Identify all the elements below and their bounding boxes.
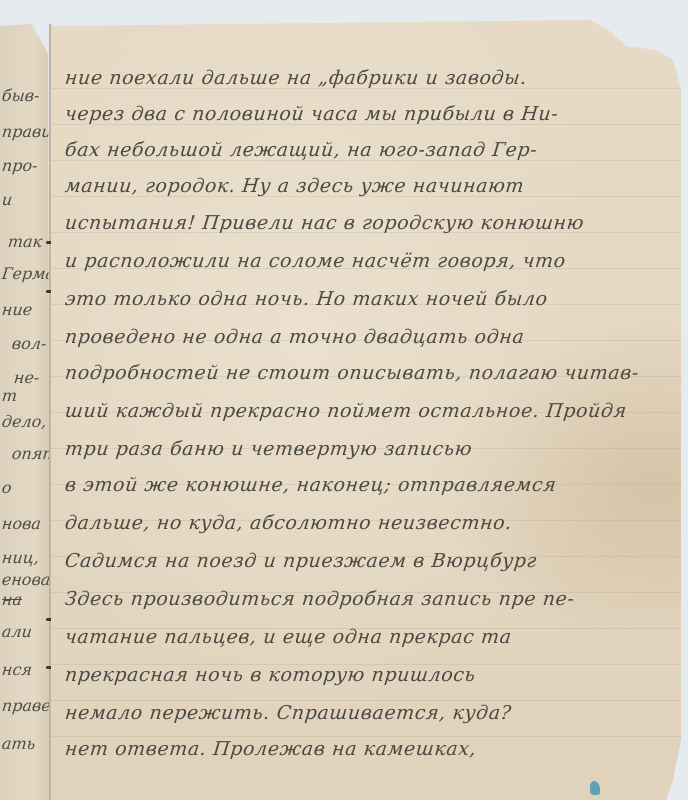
handwritten-line: бах небольшой лежащий, на юго-запад Гер- bbox=[64, 139, 679, 161]
handwritten-line: дальше, но куда, абсолютно неизвестно. bbox=[64, 512, 679, 534]
main-page: ние поехали дальше на „фабрики и заводы.… bbox=[51, 20, 688, 800]
margin-text-line: опять bbox=[11, 444, 50, 463]
margin-text-line: енова bbox=[1, 570, 50, 589]
handwritten-line: через два с половиной часа мы прибыли в … bbox=[64, 103, 679, 125]
handwritten-line: это только одна ночь. Но таких ночей был… bbox=[64, 288, 679, 310]
handwritten-line: в этой же конюшне, наконец; отправляемся bbox=[64, 474, 679, 496]
handwritten-line: Здесь производиться подробная запись пре… bbox=[64, 588, 679, 610]
margin-text-line: ать bbox=[1, 734, 36, 753]
margin-text-line: нся bbox=[1, 660, 33, 679]
handwritten-line: три раза баню и четвертую записью bbox=[64, 438, 679, 460]
margin-text-line: быв- bbox=[1, 86, 41, 105]
handwritten-line: Садимся на поезд и приезжаем в Вюрцбург bbox=[64, 550, 679, 572]
margin-text-line: али bbox=[1, 622, 33, 641]
handwritten-line: подробностей не стоит описывать, полагаю… bbox=[64, 362, 679, 384]
handwritten-line: и расположили на соломе насчёт говоря, ч… bbox=[64, 250, 679, 272]
margin-text-line: т bbox=[1, 386, 18, 405]
margin-text-line: не- bbox=[13, 368, 40, 387]
margin-text-line: ние bbox=[1, 300, 33, 319]
margin-text-line: нова bbox=[1, 514, 42, 533]
margin-text-line: правец bbox=[1, 696, 50, 715]
handwritten-line: мании, городок. Ну а здесь уже начинают bbox=[64, 175, 679, 197]
left-page-fragment: быв- прави- про- и так Герма- ние вол- н… bbox=[0, 24, 50, 800]
handwritten-line: чатание пальцев, и еще одна прекрас та bbox=[64, 626, 679, 648]
margin-text-line: о bbox=[1, 478, 13, 497]
margin-text-line: и bbox=[1, 190, 13, 209]
margin-text-line: про- bbox=[1, 156, 39, 175]
margin-text-line: ниц, bbox=[1, 548, 40, 567]
handwritten-line: немало пережить. Спрашивается, куда? bbox=[64, 702, 679, 724]
handwritten-line: ший каждый прекрасно поймет остальное. П… bbox=[64, 400, 679, 422]
handwritten-line: испытания! Привели нас в городскую конюш… bbox=[64, 212, 679, 234]
handwritten-line: проведено не одна а точно двадцать одна bbox=[64, 326, 679, 348]
margin-text-line: на bbox=[1, 590, 23, 609]
ink-stain bbox=[590, 781, 600, 795]
margin-text-line: прави- bbox=[1, 122, 50, 141]
margin-text-line: так bbox=[7, 232, 43, 251]
scan-background: быв- прави- про- и так Герма- ние вол- н… bbox=[0, 0, 688, 800]
margin-text-line: Герма- bbox=[1, 264, 50, 283]
handwritten-line: прекрасная ночь в которую пришлось bbox=[64, 664, 679, 686]
handwritten-line: нет ответа. Пролежав на камешках, bbox=[64, 738, 679, 760]
margin-text-line: дело, bbox=[1, 412, 48, 431]
handwritten-line: ние поехали дальше на „фабрики и заводы. bbox=[64, 67, 679, 89]
margin-text-line: вол- bbox=[11, 334, 48, 353]
